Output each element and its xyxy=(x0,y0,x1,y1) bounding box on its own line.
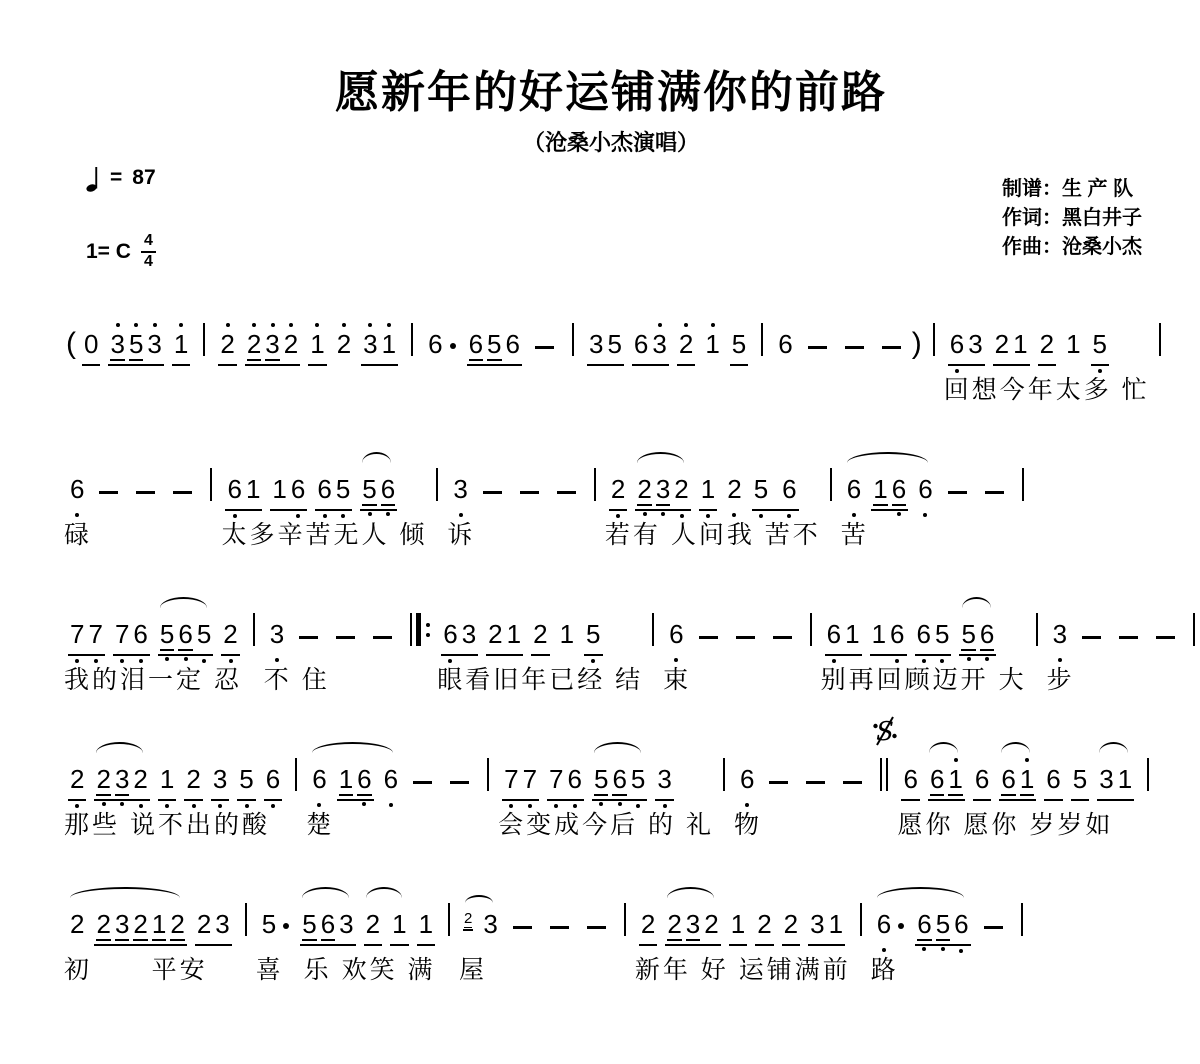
notes-row: 77765653 xyxy=(498,754,714,796)
note-digit: 3 xyxy=(968,331,982,361)
lyric-line: 苦 xyxy=(841,522,1013,553)
note-digit: 7 xyxy=(523,766,537,796)
duration-dash xyxy=(99,491,118,494)
duration-dash xyxy=(806,781,825,784)
duration-dash xyxy=(483,491,502,494)
duration-dash xyxy=(808,346,827,349)
bar-line xyxy=(201,319,207,361)
note-group: 2 xyxy=(755,911,773,941)
bar-line xyxy=(409,319,415,361)
bar-line xyxy=(808,609,814,651)
notes-row: 3563215 xyxy=(583,319,752,361)
note-digit: 1 xyxy=(382,331,396,361)
notes-row: (03531 xyxy=(64,319,194,361)
augmentation-dot xyxy=(283,923,289,929)
note-group: 3 xyxy=(451,476,469,506)
bar-line xyxy=(570,319,576,361)
note-digit: 3 xyxy=(589,331,603,361)
note-group: 3 xyxy=(655,766,673,796)
note-digit: 6 xyxy=(950,331,964,361)
note-group: 76 xyxy=(113,621,150,651)
score-element xyxy=(880,758,882,791)
score-element xyxy=(886,758,888,791)
notes-row: 3 xyxy=(447,464,584,506)
measure: 6166楚 xyxy=(306,754,478,843)
note-group: 6 xyxy=(738,766,756,796)
note-digit: 6 xyxy=(778,331,792,361)
note-digit: 2 xyxy=(133,766,147,796)
note-digit: 2 xyxy=(186,766,200,796)
lyric-line: 屋 xyxy=(459,957,615,988)
score-element xyxy=(1147,758,1149,791)
note-digit: 6 xyxy=(469,331,483,361)
note-digit: 6 xyxy=(975,766,989,796)
bar-line xyxy=(1020,464,1026,506)
time-signature-numerator: 4 xyxy=(141,233,156,253)
measure: 3563215 xyxy=(583,319,752,408)
measure: 6碌 xyxy=(64,464,201,553)
note-digit: 1 xyxy=(174,331,188,361)
score-element xyxy=(416,613,421,646)
notes-row: 6 xyxy=(663,609,800,651)
note-group: 6 xyxy=(845,476,863,506)
note-group: 232 xyxy=(94,766,149,796)
score-element xyxy=(487,758,489,791)
notes-row: 6321215 xyxy=(944,319,1150,361)
note-group: 6 xyxy=(875,911,907,941)
note-digit: 3 xyxy=(147,331,161,361)
credit-composer: 作曲：沧桑小杰 xyxy=(1002,233,1142,262)
notes-row: 22321223 xyxy=(64,899,236,941)
lyric-line xyxy=(772,377,923,408)
slur-arc xyxy=(877,887,964,898)
note-group: 656 xyxy=(467,331,522,361)
note-digit: 1 xyxy=(873,476,887,506)
score-element xyxy=(624,903,626,936)
note-digit: 6 xyxy=(384,766,398,796)
lyric-line: 束 xyxy=(663,667,800,698)
time-signature: 4 4 xyxy=(141,233,156,271)
note-digit: 5 xyxy=(754,476,768,506)
score-element xyxy=(245,903,247,936)
note-digit: 2 xyxy=(247,331,261,361)
note-digit: 3 xyxy=(656,476,670,506)
note-digit: 5 xyxy=(586,621,600,651)
note-group: 5 xyxy=(730,331,748,361)
note-group: 2 xyxy=(531,621,549,651)
bar-line xyxy=(721,754,727,796)
lyric-line xyxy=(422,377,563,408)
note-group: 16 xyxy=(871,476,908,506)
note-group: 1 xyxy=(558,621,576,651)
duration-dash xyxy=(587,926,606,929)
note-digit: 2 xyxy=(96,911,110,941)
notes-row: 6 xyxy=(734,754,871,796)
note-group: 56 xyxy=(360,476,397,506)
note-digit: 3 xyxy=(483,911,497,941)
note-group: 65 xyxy=(315,476,352,506)
note-digit: 3 xyxy=(810,911,824,941)
note-digit: 3 xyxy=(453,476,467,506)
note-digit: 2 xyxy=(170,911,184,941)
lyric-line: 眼看旧年已经 结 xyxy=(437,667,643,698)
note-group: 656 xyxy=(915,911,970,941)
measure: 6物 xyxy=(734,754,871,843)
score-element xyxy=(1021,903,1023,936)
bar-line xyxy=(1034,609,1040,651)
note-group: 1 xyxy=(1064,331,1082,361)
measure: 23屋 xyxy=(459,899,615,988)
score-element xyxy=(810,613,812,646)
note-digit: 6 xyxy=(227,476,241,506)
note-digit: 2 xyxy=(70,766,84,796)
note-group: 23212 xyxy=(94,911,186,941)
note-digit: 5 xyxy=(607,331,621,361)
note-digit: 3 xyxy=(1099,766,1113,796)
notation-system: 223212356那些 说不出的酸6166楚77765653会变成今后 的 礼6… xyxy=(62,754,1160,843)
note-group: 61 xyxy=(825,621,862,651)
bar-line xyxy=(1145,754,1151,796)
song-title: 愿新年的好运铺满你的前路 xyxy=(62,56,1160,120)
notation-system: 77765652我的泪一定 忍3不 住6321215眼看旧年已经 结6束6116… xyxy=(62,609,1160,698)
note-digit: 1 xyxy=(310,331,324,361)
note-digit: 6 xyxy=(740,766,754,796)
note-digit: 7 xyxy=(88,621,102,651)
note-digit: 5 xyxy=(935,621,949,651)
bar-line xyxy=(446,899,452,941)
tempo-key-block: = 87 1= C 4 4 xyxy=(86,163,156,271)
duration-dash xyxy=(882,346,901,349)
score-element xyxy=(411,323,413,356)
note-digit: 6 xyxy=(321,911,335,941)
score-element xyxy=(723,758,725,791)
slur-arc xyxy=(667,887,714,898)
duration-dash xyxy=(699,636,718,639)
note-group: 0 xyxy=(82,331,100,361)
note-group: 1 xyxy=(417,911,435,941)
note-digit: 2 xyxy=(1040,331,1054,361)
credits-block: 制谱：生 产 队 作词：黑白井子 作曲：沧桑小杰 xyxy=(1002,163,1142,262)
note-group: 3 xyxy=(1051,621,1069,651)
duration-dash xyxy=(373,636,392,639)
measure: 6) xyxy=(772,319,923,408)
note-digit: 6 xyxy=(634,331,648,361)
note-group: 6 xyxy=(776,331,794,361)
note-digit: 7 xyxy=(504,766,518,796)
note-group: 2 xyxy=(1038,331,1056,361)
note-digit: 1 xyxy=(872,621,886,651)
note-digit: 2 xyxy=(637,476,651,506)
lyric-line xyxy=(64,377,194,408)
note-digit: 5 xyxy=(336,476,350,506)
score-element xyxy=(830,468,832,501)
note-digit: 2 xyxy=(223,621,237,651)
duration-dash xyxy=(845,346,864,349)
bar-line xyxy=(485,754,491,796)
slur-arc xyxy=(594,742,641,753)
measure: 6321215回想今年太多 忙 xyxy=(944,319,1150,408)
note-group: 5 xyxy=(1091,331,1109,361)
notes-row: 23 xyxy=(459,899,615,941)
note-digit: 6 xyxy=(930,766,944,796)
note-digit: 6 xyxy=(317,476,331,506)
score-element xyxy=(652,613,654,646)
lyric-line: 诉 xyxy=(447,522,584,553)
note-group: 6 xyxy=(426,331,458,361)
score-element xyxy=(426,633,430,637)
note-digit: 6 xyxy=(917,621,931,651)
score-element xyxy=(253,613,255,646)
note-group: 1 xyxy=(699,476,717,506)
lyric-line: 会变成今后 的 礼 xyxy=(498,812,714,843)
note-digit: 5 xyxy=(487,331,501,361)
note-group: 63 xyxy=(632,331,669,361)
lyric-line: 愿你 愿你 岁岁如 xyxy=(897,812,1138,843)
note-digit: 3 xyxy=(213,766,227,796)
bar-line xyxy=(1157,319,1163,361)
duration-dash xyxy=(450,781,469,784)
note-group: 35 xyxy=(587,331,624,361)
note-digit: 1 xyxy=(948,766,962,796)
note-group: 3 xyxy=(268,621,286,651)
score-element xyxy=(1193,613,1195,646)
meta-row: = 87 1= C 4 4 制谱：生 产 队 作词：黑白井子 作曲：沧桑小杰 xyxy=(86,163,1142,271)
note-digit: 6 xyxy=(178,621,192,651)
note-digit: 6 xyxy=(903,766,917,796)
note-digit: 6 xyxy=(568,766,582,796)
duration-dash xyxy=(984,926,1003,929)
note-digit: 6 xyxy=(917,911,931,941)
note-group: 6 xyxy=(973,766,991,796)
lyric-line: 那些 说不出的酸 xyxy=(64,812,286,843)
note-digit: 1 xyxy=(701,476,715,506)
note-group: 56 xyxy=(752,476,799,506)
score-element xyxy=(210,468,212,501)
slur-arc xyxy=(160,597,207,608)
lyric-line: 物 xyxy=(734,812,871,843)
note-digit: 6 xyxy=(133,621,147,651)
duration-dash xyxy=(520,491,539,494)
note-digit: 5 xyxy=(1073,766,1087,796)
bar-line xyxy=(759,319,765,361)
measure: 223212356那些 说不出的酸 xyxy=(64,754,286,843)
note-digit: 2 xyxy=(674,476,688,506)
notes-row: 6616616531 xyxy=(897,754,1138,796)
note-digit: 1 xyxy=(272,476,286,506)
slur-arc xyxy=(96,742,143,753)
note-group: 65 xyxy=(915,621,952,651)
bar-line xyxy=(931,319,937,361)
duration-dash xyxy=(550,926,569,929)
note-digit: 1 xyxy=(507,621,521,651)
time-signature-denominator: 4 xyxy=(144,253,153,271)
slur-arc xyxy=(1099,742,1128,753)
svg-text:S: S xyxy=(877,717,895,747)
bar-line xyxy=(1191,609,1197,651)
note-digit: 6 xyxy=(827,621,841,651)
note-digit: 6 xyxy=(357,766,371,796)
system-row: 6碌61166556太多辛苦无人 倾3诉22321256若有 人问我 苦不616… xyxy=(62,464,1160,553)
score-element xyxy=(1036,613,1038,646)
note-digit: 2 xyxy=(995,331,1009,361)
note-digit: 6 xyxy=(918,476,932,506)
note-digit: 6 xyxy=(1046,766,1060,796)
note-group: 61 xyxy=(999,766,1036,796)
lyric-line xyxy=(214,377,402,408)
system-row: 77765652我的泪一定 忍3不 住6321215眼看旧年已经 结6束6116… xyxy=(62,609,1160,698)
note-digit: 5 xyxy=(594,766,608,796)
lyric-line: 太多辛苦无人 倾 xyxy=(221,522,427,553)
lyric-line: 若有 人问我 苦不 xyxy=(605,522,821,553)
note-digit: 2 xyxy=(133,911,147,941)
note-group: 6 xyxy=(667,621,685,651)
note-digit: 2 xyxy=(757,911,771,941)
note-digit: 6 xyxy=(954,911,968,941)
duration-dash xyxy=(173,491,192,494)
duration-dash xyxy=(736,636,755,639)
measure: 6656 xyxy=(422,319,563,408)
slur-arc xyxy=(929,742,958,753)
note-group: 61 xyxy=(225,476,262,506)
note-group: 77 xyxy=(502,766,539,796)
duration-dash xyxy=(769,781,788,784)
measure: 77765653会变成今后 的 礼 xyxy=(498,754,714,843)
lyric-line: 步 xyxy=(1047,667,1184,698)
slur-arc xyxy=(302,887,349,898)
note-digit: 7 xyxy=(549,766,563,796)
score-element xyxy=(594,468,596,501)
duration-dash xyxy=(948,491,967,494)
notes-row: 223212231 xyxy=(635,899,851,941)
score-element xyxy=(933,323,935,356)
slur-arc xyxy=(847,452,928,463)
note-digit: 7 xyxy=(70,621,84,651)
note-digit: 6 xyxy=(266,766,280,796)
note-group: 6 xyxy=(382,766,400,796)
note-group: 5 xyxy=(584,621,602,651)
double-bar: S xyxy=(878,754,890,796)
notes-row: 61166556 xyxy=(821,609,1027,651)
bar-line xyxy=(293,754,299,796)
note-digit: 5 xyxy=(197,621,211,651)
note-digit: 6 xyxy=(70,476,84,506)
note-group: 76 xyxy=(547,766,584,796)
note-group: 16 xyxy=(270,476,307,506)
duration-dash xyxy=(336,636,355,639)
note-digit: 5 xyxy=(631,766,645,796)
note-digit: 5 xyxy=(936,911,950,941)
measure: 3不 住 xyxy=(264,609,401,698)
note-digit: 1 xyxy=(1118,766,1132,796)
note-group: 2 xyxy=(677,331,695,361)
measure: 22321223初 平安 xyxy=(64,899,236,988)
score-element xyxy=(203,323,205,356)
duration-dash xyxy=(773,636,792,639)
open-paren: ( xyxy=(66,329,76,361)
note-digit: 2 xyxy=(96,766,110,796)
note-group: 61 xyxy=(928,766,965,796)
bar-line xyxy=(592,464,598,506)
notes-row: 6) xyxy=(772,319,923,361)
note-digit: 6 xyxy=(291,476,305,506)
notation-system: 6碌61166556太多辛苦无人 倾3诉22321256若有 人问我 苦不616… xyxy=(62,464,1160,553)
slur-arc xyxy=(312,742,393,753)
bar-line xyxy=(208,464,214,506)
slur-arc xyxy=(637,452,684,463)
duration-dash xyxy=(136,491,155,494)
duration-dash xyxy=(513,926,532,929)
note-group: 232 xyxy=(665,911,720,941)
note-digit: 1 xyxy=(246,476,260,506)
note-digit: 2 xyxy=(220,331,234,361)
note-digit: 6 xyxy=(312,766,326,796)
duration-dash xyxy=(535,346,554,349)
notes-row: 3 xyxy=(264,609,401,651)
note-group: 2 xyxy=(364,911,382,941)
note-digit: 3 xyxy=(110,331,124,361)
bar-line xyxy=(650,609,656,651)
bar-line xyxy=(622,899,628,941)
note-digit: 1 xyxy=(152,911,166,941)
note-digit: 0 xyxy=(84,331,98,361)
note-digit: 5 xyxy=(362,476,376,506)
measure: 6656路 xyxy=(871,899,1012,988)
note-group: 56 xyxy=(959,621,996,651)
note-group: 6 xyxy=(916,476,934,506)
notes-row: 5563211 xyxy=(256,899,439,941)
note-group: 6 xyxy=(264,766,282,796)
score-element xyxy=(1022,468,1024,501)
note-digit: 1 xyxy=(339,766,353,796)
duration-dash xyxy=(557,491,576,494)
note-digit: 6 xyxy=(443,621,457,651)
note-digit: 5 xyxy=(302,911,316,941)
note-digit: 1 xyxy=(705,331,719,361)
note-group: 5 xyxy=(237,766,255,796)
note-digit: 3 xyxy=(652,331,666,361)
song-subtitle: （沧桑小杰演唱） xyxy=(62,126,1160,157)
note-digit: 6 xyxy=(890,621,904,651)
note-digit: 5 xyxy=(732,331,746,361)
measure: 61166556太多辛苦无人 倾 xyxy=(221,464,427,553)
augmentation-dot xyxy=(898,923,904,929)
duration-dash xyxy=(843,781,862,784)
note-group: 2 xyxy=(609,476,627,506)
slur-arc xyxy=(70,887,180,898)
note-digit: 2 xyxy=(679,331,693,361)
notes-row: 6166 xyxy=(841,464,1013,506)
lyric-line xyxy=(583,377,752,408)
slur-arc xyxy=(1001,742,1030,753)
note-group: 2 xyxy=(725,476,743,506)
repeat-dots xyxy=(426,623,430,637)
system-row: 223212356那些 说不出的酸6166楚77765653会变成今后 的 礼6… xyxy=(62,754,1160,843)
note-group: 3 xyxy=(481,911,499,941)
notes-row: 61166556 xyxy=(221,464,427,506)
note-group: 63 xyxy=(948,331,985,361)
notation-system: 22321223初 平安5563211喜 乐 欢笑 满23屋223212231新… xyxy=(62,899,1160,988)
note-digit: 6 xyxy=(428,331,442,361)
score-element xyxy=(436,468,438,501)
duration-dash xyxy=(1119,636,1138,639)
tempo-marking: = 87 xyxy=(86,163,156,193)
measure: 61166556别再回顾迈开 大 xyxy=(821,609,1027,698)
note-digit: 3 xyxy=(462,621,476,651)
bar-line xyxy=(243,899,249,941)
note-digit: 6 xyxy=(980,621,994,651)
note-digit: 2 xyxy=(284,331,298,361)
note-group: 31 xyxy=(361,331,398,361)
